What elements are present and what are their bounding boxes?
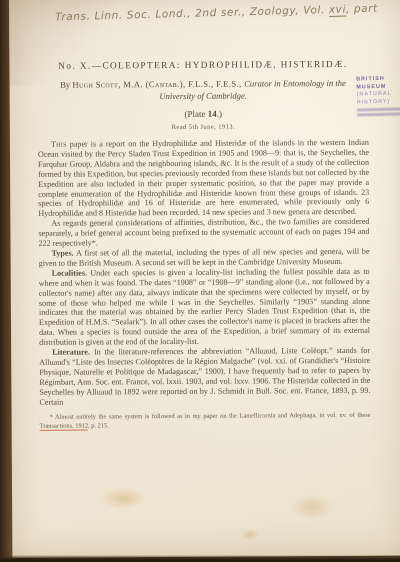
page-stain [290, 494, 334, 520]
paragraph-text: As regards general considerations of aff… [38, 217, 369, 248]
paragraph-lead: Localities. [52, 268, 87, 277]
paragraph-lead: Types. [52, 249, 74, 258]
author-credentials: , M.A. (Cantab.), F.L.S., F.E.S., [118, 79, 244, 90]
paper-title: No. X.—COLEOPTERA: HYDROPHILIDÆ, HISTERI… [37, 60, 368, 72]
printed-text-block: No. X.—COLEOPTERA: HYDROPHILIDÆ, HISTERI… [37, 60, 370, 431]
plate-label-end: .) [217, 109, 222, 119]
author-name: Hugh Scott [72, 79, 118, 89]
plate-reference: (Plate 14.) [38, 108, 369, 120]
annotation-suffix: , part [346, 3, 378, 16]
footnote: * Almost entirely the same system is fol… [40, 412, 371, 431]
byline: By Hugh Scott, M.A. (Cantab.), F.L.S., F… [52, 78, 355, 103]
paragraph-introduction: This paper is a report on the Hydrophili… [38, 138, 369, 219]
plate-number: 14 [208, 109, 217, 119]
paragraph-text: Under each species is given a locality-l… [39, 267, 370, 347]
page-stain [100, 487, 146, 509]
paragraph-localities: Localities. Under each species is given … [39, 267, 370, 348]
footnote-text-end: , p. 215. [88, 422, 109, 429]
annotation-text: Trans. Linn. Soc. Lond., 2nd ser., Zoolo… [55, 4, 329, 23]
byline-prefix: By [60, 80, 72, 90]
paragraph-literature: Literature. In the literature-references… [39, 346, 370, 407]
paragraph-general: As regards general considerations of aff… [38, 217, 369, 249]
paragraph-types: Types. A first set of all the material, … [39, 247, 370, 269]
page-bottom-edge-shadow [0, 555, 400, 562]
paragraph-text: paper is a report on the Hydrophilidæ an… [38, 138, 369, 218]
plate-label: (Plate [184, 109, 207, 119]
paragraph-text: A first set of all the material, includi… [39, 247, 370, 268]
handwritten-annotation: Trans. Linn. Soc. Lond., 2nd ser., Zoolo… [55, 2, 400, 23]
footnote-text: * Almost entirely the same system is fol… [50, 412, 371, 421]
scanned-page-photo: Trans. Linn. Soc. Lond., 2nd ser., Zoolo… [0, 0, 400, 562]
paper-page: Trans. Linn. Soc. Lond., 2nd ser., Zoolo… [9, 0, 400, 558]
annotation-volume: xvi [329, 4, 347, 17]
page-stain [240, 528, 260, 540]
paragraph-lead: This [51, 140, 67, 149]
paragraph-lead: Literature. [52, 348, 90, 357]
footnote-marked-text: Transactions, 1912 [40, 422, 88, 430]
read-date: Read 5th June, 1913. [38, 123, 369, 132]
